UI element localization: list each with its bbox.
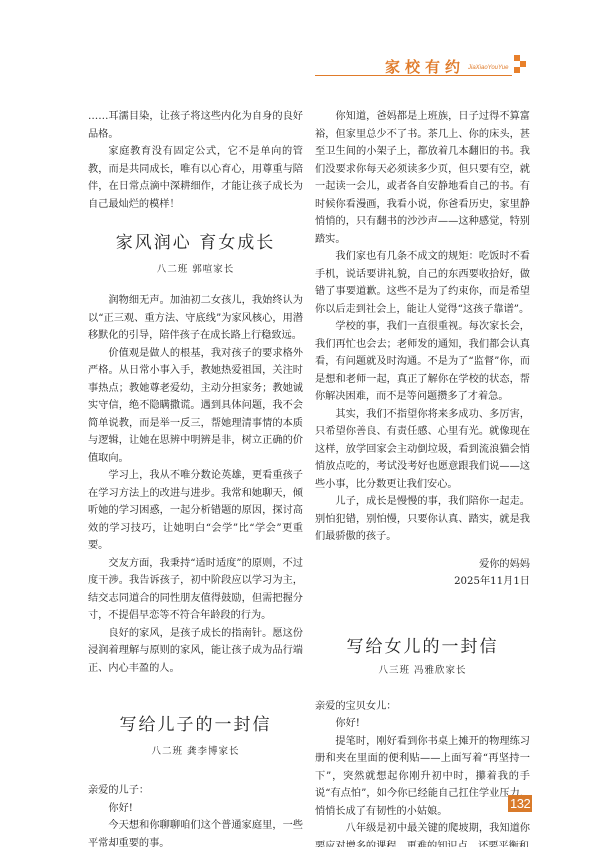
paragraph: 良好的家风，是孩子成长的指南针。愿这份浸润着理解与原则的家风，能让孩子成为品行端…: [88, 625, 303, 678]
paragraph: 儿子，成长是慢慢的事，我们陪你一起走。别怕犯错，别怕慢，只要你认真、踏实，就是我…: [315, 493, 530, 546]
article-byline: 八三班 冯雅欣家长: [315, 662, 530, 680]
paragraph: 我们家也有几条不成文的规矩：吃饭时不看手机，说话要讲礼貌，自己的东西要收拾好，做…: [315, 248, 530, 318]
paragraph: 润物细无声。加油初二女孩儿，我始终认为以“正三观、重方法、守底线”为家风核心，用…: [88, 292, 303, 345]
article-title: 写给儿子的一封信: [88, 717, 303, 735]
greeting: 你好!: [315, 715, 530, 733]
right-column: 你知道，爸妈都是上班族，日子过得不算富裕，但家里总少不了书。茶几上、你的床头，甚…: [315, 108, 530, 847]
section-subtitle: JiaXiaoYouYue: [468, 65, 508, 71]
paragraph: ……耳濡目染，让孩子将这些内化为自身的良好品格。: [88, 108, 303, 143]
paragraph: 其实，我们不指望你将来多成功、多厉害，只希望你善良、有责任感、心里有光。就像现在…: [315, 406, 530, 494]
paragraph: 你知道，爸妈都是上班族，日子过得不算富裕，但家里总少不了书。茶几上、你的床头，甚…: [315, 108, 530, 248]
paragraph: 家庭教育没有固定公式，它不是单向的管教，而是共同成长，唯有以心育心，用尊重与陪伴…: [88, 143, 303, 213]
paragraph: 提笔时，刚好看到你书桌上摊开的物理练习册和夹在里面的便利贴——上面写着“再坚持一…: [315, 733, 530, 821]
logo-square-icon: [520, 61, 526, 67]
paragraph: 今天想和你聊聊咱们这个普通家庭里，一些平常却重要的事。: [88, 817, 303, 847]
left-column: ……耳濡目染，让孩子将这些内化为自身的良好品格。 家庭教育没有固定公式，它不是单…: [88, 108, 303, 847]
greeting: 你好!: [88, 800, 303, 818]
paragraph: 交友方面，我秉持“适时适度”的原则，不过度干涉。我告诉孩子，初中阶段应以学习为主…: [88, 555, 303, 625]
article-title: 写给女儿的一封信: [315, 639, 530, 657]
salutation: 亲爱的儿子：: [88, 782, 303, 800]
salutation: 亲爱的宝贝女儿：: [315, 698, 530, 716]
letter-date: 2025年11月1日: [315, 573, 530, 591]
paragraph: 价值观是做人的根基，我对孩子的要求格外严格。从日常小事入手，教她热爱祖国，关注时…: [88, 345, 303, 468]
page-number: 132: [508, 795, 532, 812]
letter-signature: 爱你的妈妈: [315, 556, 530, 574]
paragraph: 学校的事，我们一直很重视。每次家长会，我们再忙也会去；老师发的通知，我们都会认真…: [315, 318, 530, 406]
paragraph: 学习上，我从不唯分数论英雄，更看重孩子在学习方法上的改进与进步。我常和她聊天，倾…: [88, 467, 303, 555]
article-byline: 八二班 龚李博家长: [88, 743, 303, 761]
article-title: 家风润心 育女成长: [88, 235, 303, 253]
page-header: 家校有约 JiaXiaoYouYue: [0, 0, 600, 100]
article-byline: 八二班 郭喧家长: [88, 261, 303, 279]
section-title: 家校有约: [385, 56, 465, 77]
paragraph: 八年级是初中最关键的爬坡期，我知道你要应对增多的课程、更难的知识点，还要平衡和: [315, 820, 530, 847]
logo-square-icon: [514, 67, 520, 73]
